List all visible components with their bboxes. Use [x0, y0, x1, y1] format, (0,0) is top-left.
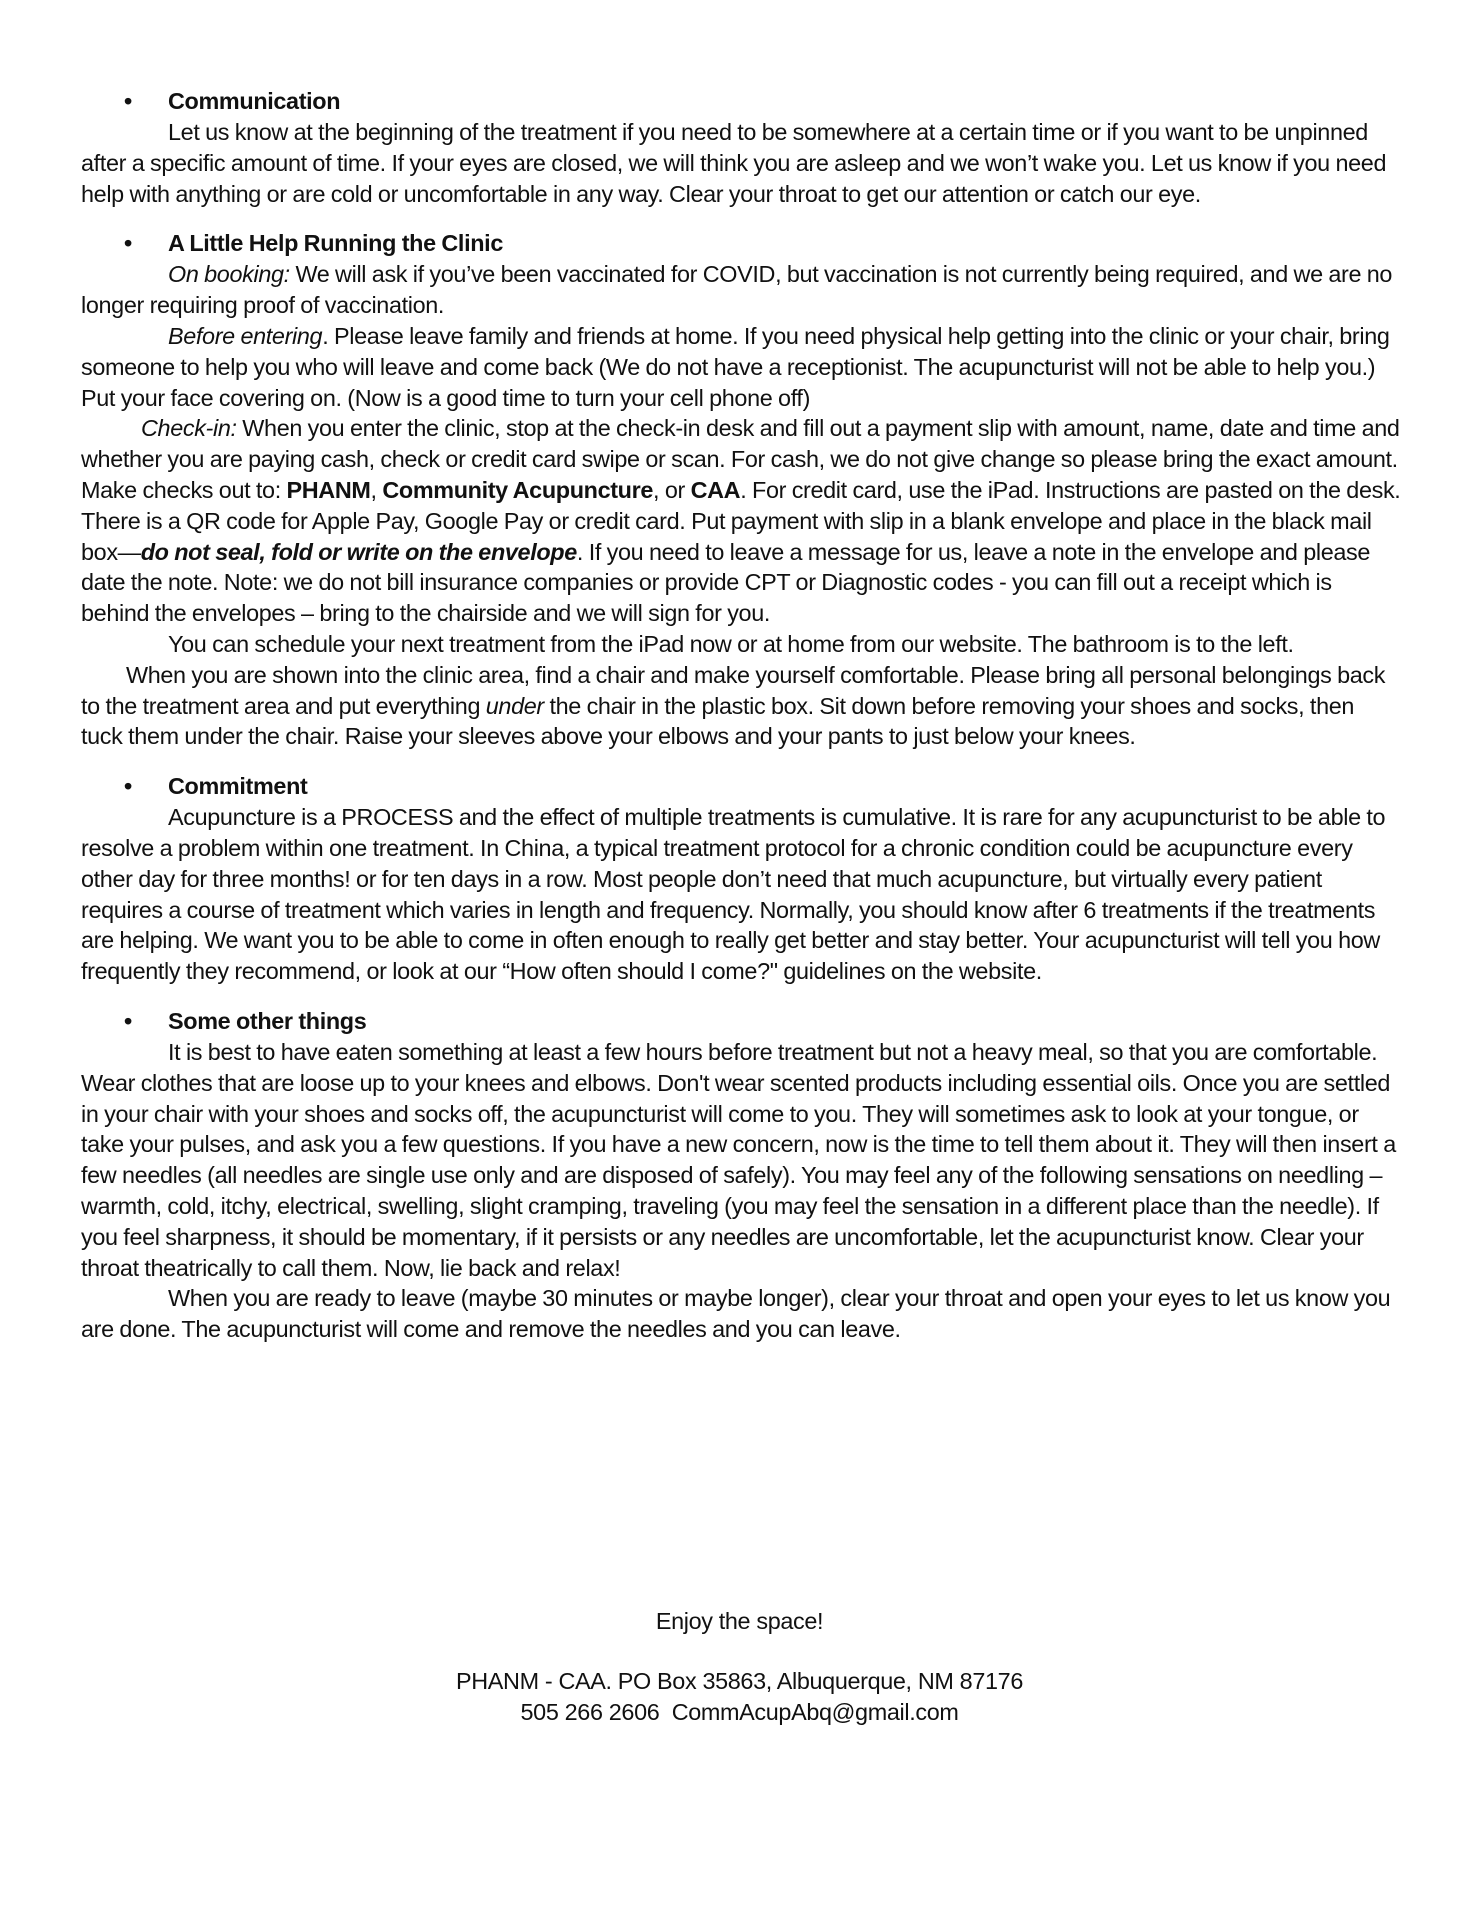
footer-phone: 505 266 2606	[521, 1699, 660, 1725]
section-clinic-help: • A Little Help Running the Clinic On bo…	[81, 228, 1401, 752]
section-heading: • Commitment	[81, 771, 1401, 802]
bullet-icon: •	[124, 1006, 132, 1037]
heading-text: Some other things	[168, 1008, 366, 1034]
paragraph-check-in: Check-in: When you enter the clinic, sto…	[81, 413, 1401, 629]
separator: ,	[371, 477, 383, 503]
footer-contact: PHANM - CAA. PO Box 35863, Albuquerque, …	[0, 1666, 1479, 1728]
paragraph: Let us know at the beginning of the trea…	[81, 117, 1401, 209]
paragraph-on-booking: On booking: We will ask if you’ve been v…	[81, 259, 1401, 321]
payee-caa: CAA	[691, 477, 741, 503]
bullet-icon: •	[124, 228, 132, 259]
paragraph-schedule: You can schedule your next treatment fro…	[81, 629, 1401, 660]
label-before-entering: Before entering	[168, 323, 322, 349]
paragraph-before-entering: Before entering. Please leave family and…	[81, 321, 1401, 413]
section-other-things: • Some other things It is best to have e…	[81, 1006, 1401, 1345]
heading-text: Commitment	[168, 773, 307, 799]
label-check-in: Check-in:	[141, 415, 237, 441]
footer-address: PHANM - CAA. PO Box 35863, Albuquerque, …	[0, 1666, 1479, 1697]
heading-text: Communication	[168, 88, 340, 114]
paragraph-clinic-area: When you are shown into the clinic area,…	[81, 660, 1401, 752]
label-on-booking: On booking:	[168, 261, 290, 287]
emphasis-under: under	[486, 693, 544, 719]
section-communication: • Communication Let us know at the begin…	[81, 86, 1401, 209]
bullet-icon: •	[124, 86, 132, 117]
bullet-icon: •	[124, 771, 132, 802]
closing-line: Enjoy the space!	[0, 1608, 1479, 1635]
separator: , or	[653, 477, 691, 503]
section-heading: • Communication	[81, 86, 1401, 117]
footer-email: CommAcupAbq@gmail.com	[672, 1699, 959, 1725]
heading-text: A Little Help Running the Clinic	[168, 230, 503, 256]
document-body: • Communication Let us know at the begin…	[81, 86, 1401, 1345]
paragraph: When you are ready to leave (maybe 30 mi…	[81, 1283, 1401, 1345]
footer-phone-email: 505 266 2606 CommAcupAbq@gmail.com	[0, 1697, 1479, 1728]
envelope-warning: do not seal, fold or write on the envelo…	[141, 539, 577, 565]
paragraph: It is best to have eaten something at le…	[81, 1037, 1401, 1283]
section-commitment: • Commitment Acupuncture is a PROCESS an…	[81, 771, 1401, 987]
payee-phanm: PHANM	[287, 477, 371, 503]
section-heading: • Some other things	[81, 1006, 1401, 1037]
paragraph: Acupuncture is a PROCESS and the effect …	[81, 802, 1401, 987]
payee-community-acupuncture: Community Acupuncture	[382, 477, 653, 503]
section-heading: • A Little Help Running the Clinic	[81, 228, 1401, 259]
